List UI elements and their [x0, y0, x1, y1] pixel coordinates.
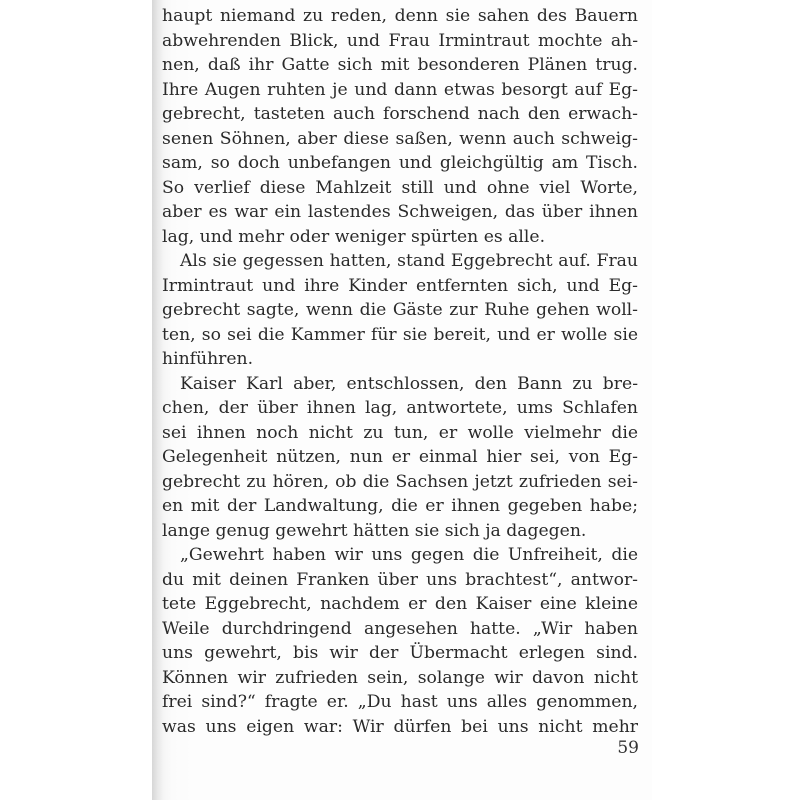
text-line: was uns eigen war: Wir dürfen bei uns ni…: [162, 715, 638, 740]
text-line: Irmintraut und ihre Kinder entfernten si…: [162, 274, 638, 299]
text-line: Weile durchdringend angesehen hatte. „Wi…: [162, 617, 638, 642]
paragraph: „Gewehrt haben wir uns gegen die Unfreih…: [162, 543, 638, 739]
text-line: Ihre Augen ruhten je und dann etwas beso…: [162, 78, 638, 103]
text-line: ten, so sei die Kammer für sie bereit, u…: [162, 323, 638, 348]
text-line: abwehrenden Blick, und Frau Irmintraut m…: [162, 29, 638, 54]
text-line: Können wir zufrieden sein, solange wir d…: [162, 666, 638, 691]
text-line: nen, daß ihr Gatte sich mit besonderen P…: [162, 53, 638, 78]
page-body-text: haupt niemand zu reden, denn sie sahen d…: [162, 4, 638, 739]
text-line: gebrecht, tasteten auch forschend nach d…: [162, 102, 638, 127]
text-line: chen, der über ihnen lag, antwortete, um…: [162, 396, 638, 421]
text-line: gebrecht zu hören, ob die Sachsen jetzt …: [162, 470, 638, 495]
text-line: aber es war ein lastendes Schweigen, das…: [162, 200, 638, 225]
text-line: hinführen.: [162, 347, 638, 372]
text-line: haupt niemand zu reden, denn sie sahen d…: [162, 4, 638, 29]
text-line: senen Söhnen, aber diese saßen, wenn auc…: [162, 127, 638, 152]
text-line: lag, und mehr oder weniger spürten es al…: [162, 225, 638, 250]
text-line: uns gewehrt, bis wir der Übermacht erleg…: [162, 641, 638, 666]
text-line: frei sind?“ fragte er. „Du hast uns alle…: [162, 690, 638, 715]
text-line: So verlief diese Mahlzeit still und ohne…: [162, 176, 638, 201]
paragraph: Als sie gegessen hatten, stand Eggebrech…: [162, 249, 638, 372]
paragraph: haupt niemand zu reden, denn sie sahen d…: [162, 4, 638, 249]
text-line: du mit deinen Franken über uns brachtest…: [162, 568, 638, 593]
text-line: „Gewehrt haben wir uns gegen die Unfreih…: [162, 543, 638, 568]
text-line: tete Eggebrecht, nachdem er den Kaiser e…: [162, 592, 638, 617]
text-line: sei ihnen noch nicht zu tun, er wolle vi…: [162, 421, 638, 446]
text-line: Gelegenheit nützen, nun er einmal hier s…: [162, 445, 638, 470]
text-line: gebrecht sagte, wenn die Gäste zur Ruhe …: [162, 298, 638, 323]
text-line: sam, so doch unbefangen und gleichgültig…: [162, 151, 638, 176]
paragraph: Kaiser Karl aber, entschlossen, den Bann…: [162, 372, 638, 544]
text-line: Kaiser Karl aber, entschlossen, den Bann…: [162, 372, 638, 397]
text-line: Als sie gegessen hatten, stand Eggebrech…: [162, 249, 638, 274]
text-line: lange genug gewehrt hätten sie sich ja d…: [162, 519, 638, 544]
page-number: 59: [605, 738, 639, 758]
text-line: en mit der Landwaltung, die er ihnen geg…: [162, 494, 638, 519]
